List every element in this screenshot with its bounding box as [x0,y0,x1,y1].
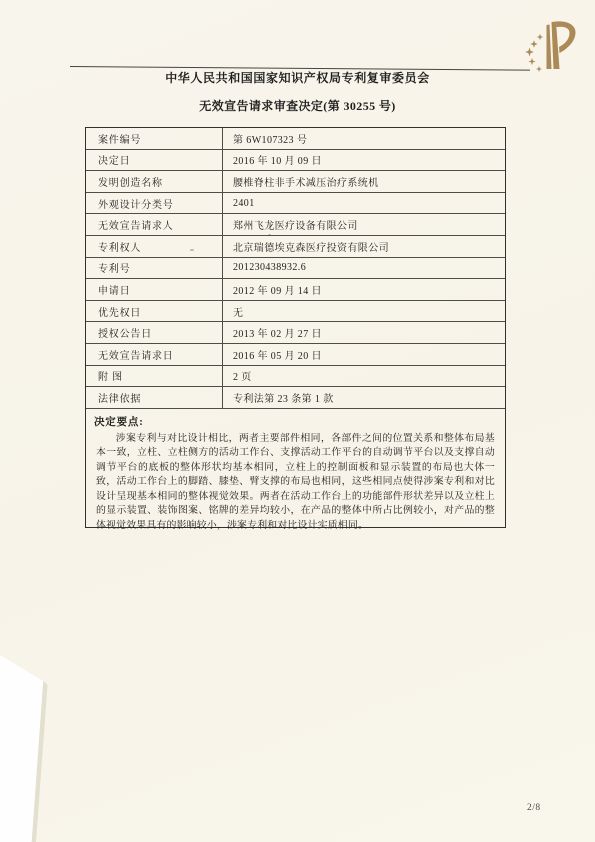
row-label: 外观设计分类号 [86,193,223,214]
decision-points-section: 决定要点: 涉案专利与对比设计相比，两者主要部件相同，各部件之间的位置关系和整体… [86,409,505,527]
row-label: 专利号 [86,258,223,279]
decision-points-heading: 决定要点: [94,414,497,429]
star-icon [537,34,543,40]
table-row: 决定日 2016 年 10 月 09 日 [86,150,505,172]
table-row: 外观设计分类号 2401 [86,193,505,215]
row-value: 2016 年 05 月 20 日 [223,344,505,365]
star-icon [525,48,534,57]
row-label: 无效宣告请求人 [86,214,223,235]
row-label: 附 图 [86,366,223,387]
table-row: 附 图 2 页 [86,366,505,388]
row-label: 申请日 [86,279,223,300]
table-row: 无效宣告请求人 郑州飞龙医疗设备有限公司 [86,214,505,236]
table-row: 发明创造名称 腰椎脊柱非手术减压治疗系统机 [86,171,505,193]
row-value: 2013 年 02 月 27 日 [223,322,505,343]
row-value: 2012 年 09 月 14 日 [223,279,505,300]
table-row: 法律依据 专利法第 23 条第 1 款 [86,387,505,409]
row-value: 2016 年 10 月 09 日 [223,150,505,171]
scanned-document-page: 中华人民共和国国家知识产权局专利复审委员会 无效宣告请求审查决定(第 30255… [0,0,595,842]
authority-name: 中华人民共和国国家知识产权局专利复审委员会 [0,69,595,86]
page-number: 2/8 [527,803,541,813]
decision-points-body: 涉案专利与对比设计相比，两者主要部件相同，各部件之间的位置关系和整体布局基本一致… [96,432,495,534]
row-value: 201230438932.6 [223,258,505,279]
row-value: 第 6W107323 号 [223,128,505,149]
row-value: 专利法第 23 条第 1 款 [223,387,505,408]
table-row: 专利权人 北京瑞德埃克森医疗投资有限公司 [86,236,505,258]
table-row: 案件编号 第 6W107323 号 [86,128,505,150]
row-value: 2 页 [223,366,505,387]
table-row: 申请日 2012 年 09 月 14 日 [86,279,505,301]
star-icon [530,40,538,48]
table-row: 优先权日 无 [86,301,505,323]
row-label: 决定日 [86,150,223,171]
scan-speck [268,234,271,236]
row-value: 2401 [223,193,505,214]
row-label: 法律依据 [86,387,223,408]
row-label: 专利权人 [86,236,223,257]
row-label: 无效宣告请求日 [86,344,223,365]
row-label: 优先权日 [86,301,223,322]
star-icon [528,58,535,65]
table-row: 专利号 201230438932.6 [86,258,505,280]
table-row: 授权公告日 2013 年 02 月 27 日 [86,322,505,344]
scan-speck [190,249,194,251]
row-value: 腰椎脊柱非手术减压治疗系统机 [223,171,505,192]
row-label: 发明创造名称 [86,171,223,192]
row-label: 案件编号 [86,128,223,149]
row-value: 北京瑞德埃克森医疗投资有限公司 [223,236,505,257]
case-info-table: 案件编号 第 6W107323 号 决定日 2016 年 10 月 09 日 发… [85,127,506,528]
row-label: 授权公告日 [86,322,223,343]
row-value: 无 [223,301,505,322]
document-title: 无效宣告请求审查决定(第 30255 号) [0,97,595,114]
row-value: 郑州飞龙医疗设备有限公司 [223,214,505,235]
table-row: 无效宣告请求日 2016 年 05 月 20 日 [86,344,505,366]
